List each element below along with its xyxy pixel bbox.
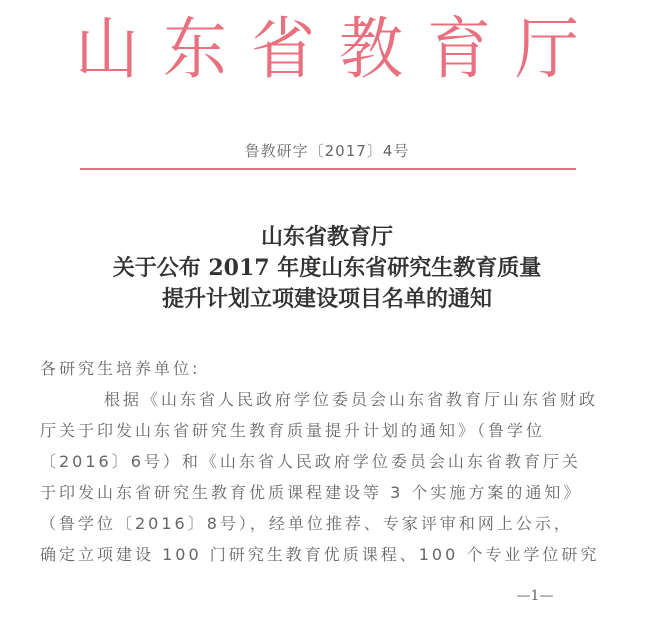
body-line: 〔2016〕6号）和《山东省人民政府学位委员会山东省教育厅关 bbox=[40, 449, 580, 472]
body-line: 确定立项建设 100 门研究生教育优质课程、100 个专业学位研究 bbox=[40, 542, 580, 565]
body-line: 根据《山东省人民政府学位委员会山东省教育厅山东省财政 bbox=[40, 387, 580, 410]
title-line-issuer: 山东省教育厅 bbox=[0, 222, 654, 253]
body-line: 于印发山东省研究生教育优质课程建设等 3 个实施方案的通知》 bbox=[40, 480, 580, 503]
body-line: （鲁学位〔2016〕8号），经单位推荐、专家评审和网上公示， bbox=[40, 511, 580, 534]
document-title: 山东省教育厅 关于公布 2017 年度山东省研究生教育质量 提升计划立项建设项目… bbox=[0, 222, 654, 315]
body-line: 厅关于印发山东省研究生教育质量提升计划的通知》（鲁学位 bbox=[40, 418, 580, 441]
red-divider bbox=[80, 168, 576, 170]
title-line-subject-cont: 提升计划立项建设项目名单的通知 bbox=[0, 284, 654, 315]
masthead-title: 山东省教育厅 bbox=[0, 16, 654, 83]
document-number: 鲁教研字〔2017〕4号 bbox=[0, 140, 654, 161]
page-number: —1— bbox=[500, 588, 570, 604]
salutation: 各研究生培养单位: bbox=[40, 356, 580, 379]
title-line-subject: 关于公布 2017 年度山东省研究生教育质量 bbox=[0, 253, 654, 284]
